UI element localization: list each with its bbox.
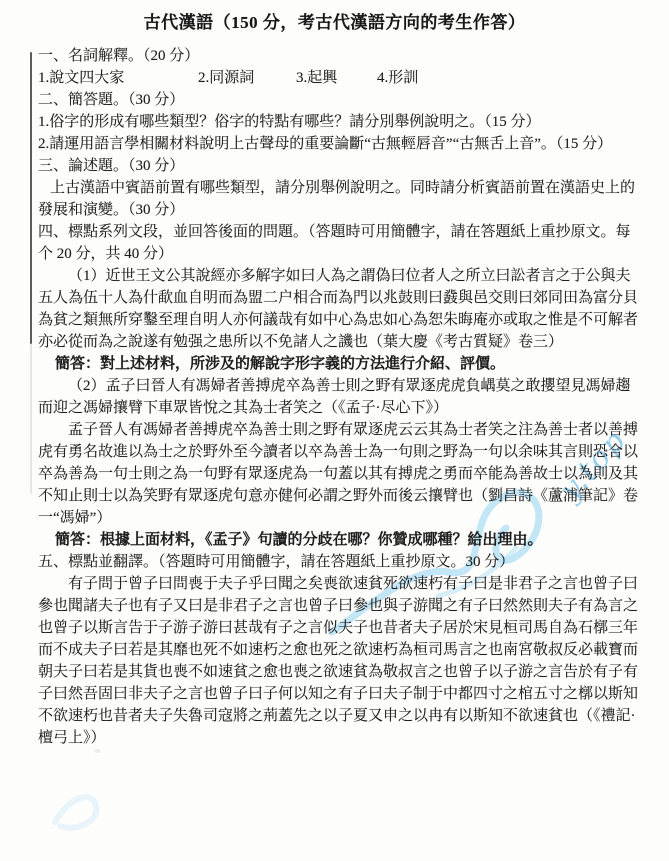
q4-passage-2-note: 孟子晉人有馮婦者善搏虎卒為善士則之野有眾逐虎云云其為士者笑之注為善士者以善搏虎有… — [38, 419, 645, 529]
q4-prompt-2: 簡答：根據上面材料，《孟子》句讀的分歧在哪？你贊成哪種？給出理由。 — [38, 529, 645, 551]
q4-passage-2: （2）孟子曰晉人有馮婦者善搏虎卒為善士則之野有眾逐虎虎負嵎莫之敢攖望見馮婦趨而迎… — [38, 375, 645, 419]
q2-heading: 二、簡答題。（30 分） — [38, 89, 645, 111]
q5-heading: 五、標點並翻譯。（答題時可用簡體字，請在答題紙上重抄原文。30 分） — [38, 551, 645, 573]
q1-item-3: 3.起興 — [296, 67, 337, 89]
q4-heading: 四、標點系列文段，並回答後面的問題。（答題時可用簡體字，請在答題紙上重抄原文。每… — [38, 221, 645, 265]
q1-heading: 一、名詞解釋。（20 分） — [38, 45, 645, 67]
q3-heading: 三、論述題。（30 分） — [38, 155, 645, 177]
page-title: 古代漢語（150 分，考古代漢語方向的考生作答） — [0, 0, 669, 33]
scan-smudge — [94, 749, 101, 753]
q5-body: 有子問于曾子曰問喪于夫子乎曰聞之矣喪欲速貧死欲速朽有子曰是非君子之言也曾子曰參也… — [38, 573, 645, 749]
q4-passage-1: （1）近世王文公其說經亦多解字如曰人為之謂偽曰位者人之所立曰訟者言之于公與夫五人… — [38, 265, 645, 353]
q4-prompt-1: 簡答：對上述材料，所涉及的解說字形字義的方法進行介紹、評價。 — [38, 353, 645, 375]
exam-body: 一、名詞解釋。（20 分） 1.說文四大家 2.同源詞 3.起興 4.形訓 二、… — [38, 45, 645, 749]
q1-item-4: 4.形訓 — [377, 67, 418, 89]
scan-artifact-line — [30, 52, 32, 344]
q1-item-2: 2.同源詞 — [198, 67, 254, 89]
q3-body: 上古漢語中賓語前置有哪些類型，請分別舉例說明之。同時請分析賓語前置在漢語史上的發… — [38, 177, 645, 221]
scanned-exam-page: y.top 古代漢語（150 分，考古代漢語方向的考生作答） 一、名詞解釋。（2… — [0, 0, 669, 861]
q2-sub-question-1: 1.俗字的形成有哪些類型？俗字的特點有哪些？請分別舉例說明之。（15 分） — [38, 111, 645, 133]
q2-sub-question-2: 2.請運用語言學相關材料說明上古聲母的重要論斷“古無輕唇音”“古無舌上音”。（1… — [38, 133, 645, 155]
scan-artifact-line-faint — [30, 344, 32, 494]
q1-item-1: 1.說文四大家 — [38, 67, 124, 89]
q1-items-row: 1.說文四大家 2.同源詞 3.起興 4.形訓 — [38, 67, 645, 89]
